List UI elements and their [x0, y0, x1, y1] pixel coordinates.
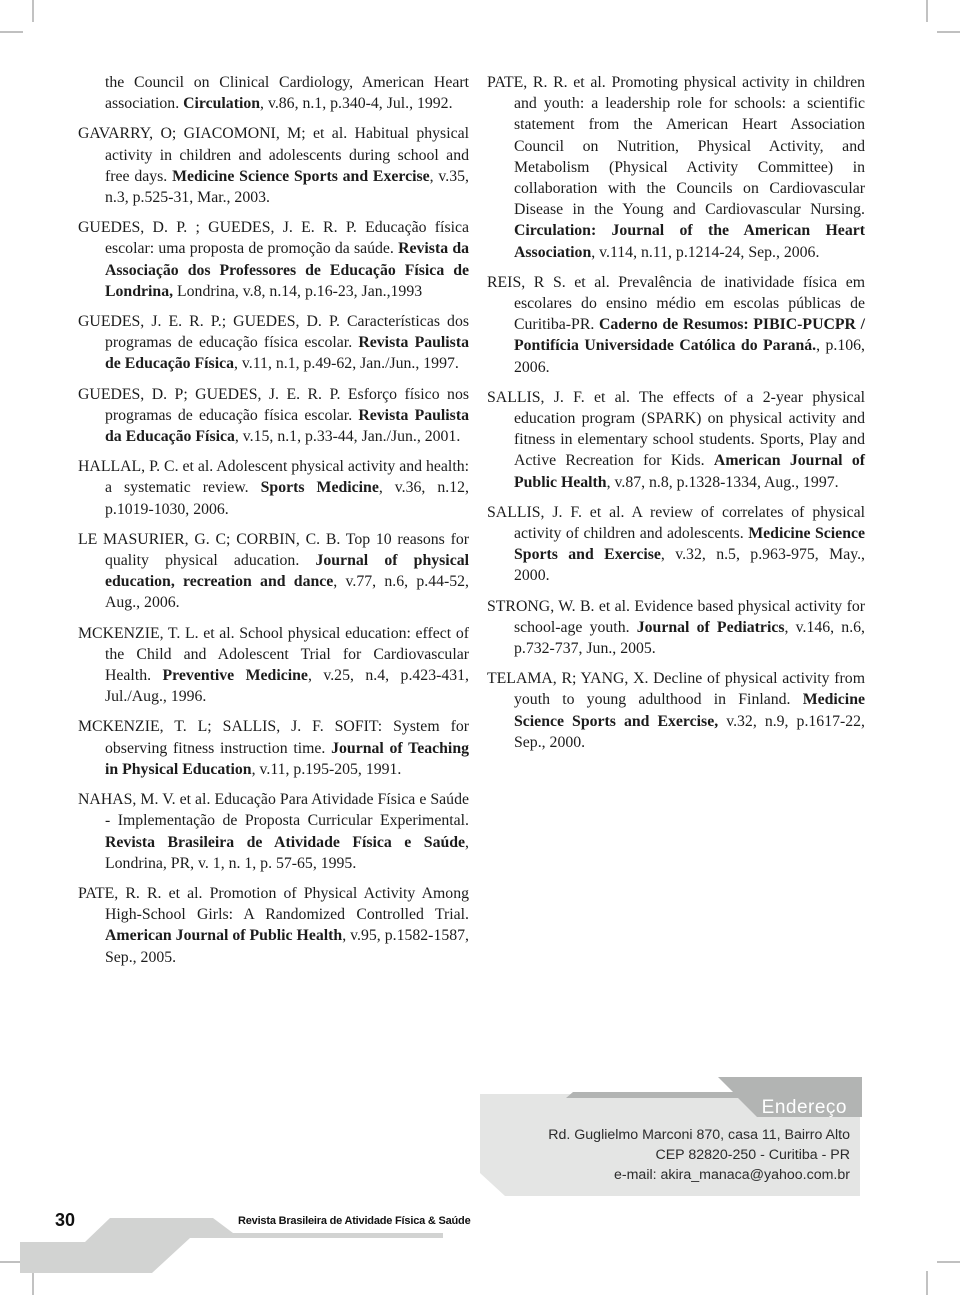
reference-text: PATE, R. R. et al. Promoting physical ac… [487, 74, 865, 218]
reference-text: , v.114, n.11, p.1214-24, Sep., 2006. [591, 244, 819, 261]
reference-entry: PATE, R. R. et al. Promotion of Physical… [78, 883, 469, 968]
reference-entry: REIS, R S. et al. Prevalência de inativi… [487, 272, 865, 378]
reference-journal-name: Medicine Science Sports and Exercise [172, 168, 430, 185]
reference-text: NAHAS, M. V. et al. Educação Para Ativid… [78, 791, 469, 829]
reference-entry: GAVARRY, O; GIACOMONI, M; et al. Habitua… [78, 123, 469, 208]
reference-entry: SALLIS, J. F. et al. The effects of a 2-… [487, 387, 865, 493]
reference-entry: TELAMA, R; YANG, X. Decline of physical … [487, 668, 865, 753]
reference-text: , v.15, n.1, p.33-44, Jan./Jun., 2001. [235, 428, 460, 445]
reference-entry: SALLIS, J. F. et al. A review of correla… [487, 502, 865, 587]
reference-entry: PATE, R. R. et al. Promoting physical ac… [487, 72, 865, 263]
address-box-lines: Rd. Guglielmo Marconi 870, casa 11, Bair… [490, 1125, 850, 1185]
address-line: e-mail: akira_manaca@yahoo.com.br [490, 1165, 850, 1185]
reference-entry: STRONG, W. B. et al. Evidence based phys… [487, 596, 865, 660]
reference-text: Londrina, v.8, n.14, p.16-23, Jan.,1993 [173, 283, 422, 300]
reference-journal-name: American Journal of Public Health [105, 927, 342, 944]
page-number: 30 [55, 1210, 75, 1231]
references-column-left: the Council on Clinical Cardiology, Amer… [78, 72, 469, 977]
reference-entry: LE MASURIER, G. C; CORBIN, C. B. Top 10 … [78, 529, 469, 614]
reference-journal-name: Preventive Medicine [163, 667, 308, 684]
reference-journal-name: Circulation [183, 95, 260, 112]
reference-journal-name: Revista Brasileira de Atividade Física e… [105, 834, 465, 851]
reference-entry: GUEDES, D. P; GUEDES, J. E. R. P. Esforç… [78, 384, 469, 448]
reference-text: , v.11, n.1, p.49-62, Jan./Jun., 1997. [234, 355, 459, 372]
reference-entry: HALLAL, P. C. et al. Adolescent physical… [78, 456, 469, 520]
footer-journal-title: Revista Brasileira de Atividade Física &… [238, 1215, 443, 1227]
reference-text: , v.11, p.195-205, 1991. [252, 761, 402, 778]
reference-entry: MCKENZIE, T. L; SALLIS, J. F. SOFIT: Sys… [78, 716, 469, 780]
references-column-right: PATE, R. R. et al. Promoting physical ac… [487, 72, 865, 762]
address-line: CEP 82820-250 - Curitiba - PR [490, 1145, 850, 1165]
reference-entry: NAHAS, M. V. et al. Educação Para Ativid… [78, 789, 469, 874]
address-line: Rd. Guglielmo Marconi 870, casa 11, Bair… [490, 1125, 850, 1145]
reference-entry: GUEDES, J. E. R. P.; GUEDES, D. P. Carac… [78, 311, 469, 375]
address-box-title: Endereço [718, 1097, 847, 1119]
reference-entry: the Council on Clinical Cardiology, Amer… [78, 72, 469, 114]
reference-entry: GUEDES, D. P. ; GUEDES, J. E. R. P. Educ… [78, 217, 469, 302]
reference-text: , v.86, n.1, p.340-4, Jul., 1992. [260, 95, 453, 112]
reference-journal-name: Sports Medicine [261, 479, 379, 496]
reference-entry: MCKENZIE, T. L. et al. School physical e… [78, 623, 469, 708]
reference-journal-name: Journal of Pediatrics [637, 619, 785, 636]
reference-text: PATE, R. R. et al. Promotion of Physical… [78, 885, 469, 923]
reference-text: , v.87, n.8, p.1328-1334, Aug., 1997. [607, 474, 839, 491]
